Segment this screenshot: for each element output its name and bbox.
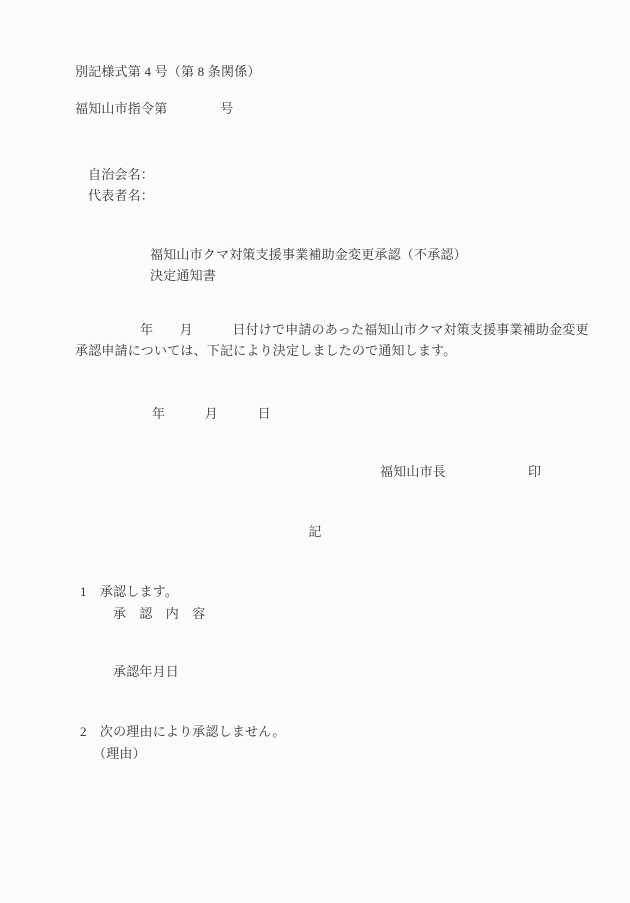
document-title-line1: 福知山市クマ対策支援事業補助金変更承認（不承認）	[150, 247, 467, 262]
seal-placeholder-label: 印	[528, 464, 541, 479]
item1-approval-text: 1 承認します。	[80, 584, 178, 599]
representative-name-label: 代表者名：	[88, 188, 154, 203]
issue-date-line: 年 月 日	[152, 406, 271, 421]
association-name-label: 自治会名：	[88, 167, 154, 182]
directive-number-line: 福知山市指令第 号	[75, 101, 233, 116]
body-paragraph-line1: 年 月 日付けで申請のあった福知山市クマ対策支援事業補助金変更	[140, 322, 589, 337]
document-title-line2: 決定通知書	[150, 268, 216, 283]
mayor-signature-label: 福知山市長	[380, 464, 446, 479]
item1-approval-content-label: 承 認 内 容	[113, 606, 205, 621]
body-paragraph-line2: 承認申請については、下記により決定しましたので通知します。	[75, 343, 457, 358]
item2-reason-label: （理由）	[93, 746, 146, 761]
item1-approval-date-label: 承認年月日	[113, 664, 179, 679]
item2-disapproval-text: 2 次の理由により承認しません。	[80, 724, 285, 739]
form-number-label: 別記様式第 4 号（第 8 条関係）	[75, 64, 261, 79]
section-marker-ki: 記	[0, 524, 630, 539]
notice-document-page: 別記様式第 4 号（第 8 条関係） 福知山市指令第 号 自治会名： 代表者名：…	[0, 0, 630, 903]
